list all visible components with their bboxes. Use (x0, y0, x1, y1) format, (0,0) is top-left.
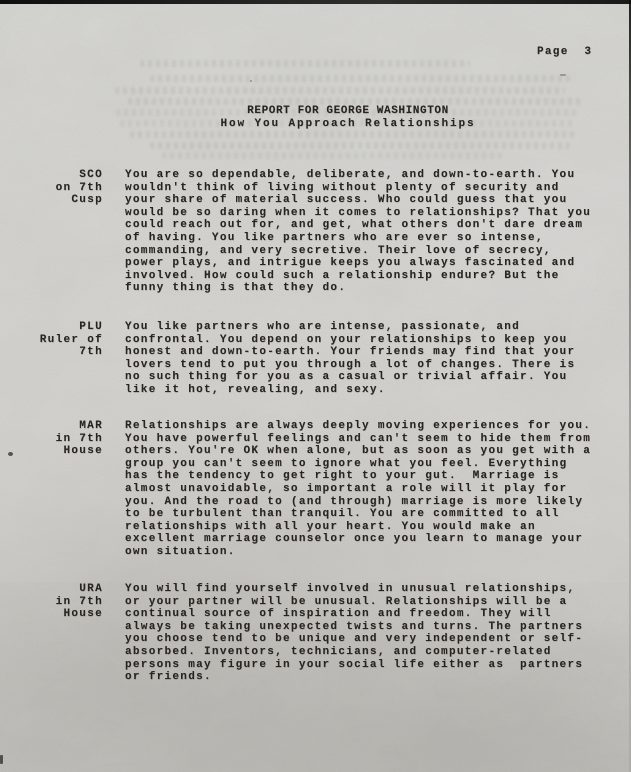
section-label: URA in 7th House (15, 583, 103, 621)
scan-edge-top (0, 0, 631, 4)
dust-speck (250, 80, 252, 82)
dust-speck (8, 452, 13, 456)
section-label: PLU Ruler of 7th (15, 321, 103, 359)
section-text: You will find yourself involved in unusu… (125, 583, 611, 684)
section-text: You are so dependable, deliberate, and d… (125, 169, 611, 295)
dust-speck (0, 755, 3, 764)
section-text: You like partners who are intense, passi… (125, 321, 611, 397)
report-header: REPORT FOR GEORGE WASHINGTON How You App… (108, 105, 588, 131)
section-text: Relationships are always deeply moving e… (125, 420, 611, 559)
report-subtitle: How You Approach Relationships (108, 118, 588, 131)
page-number: Page 3 (537, 46, 592, 58)
report-title: REPORT FOR GEORGE WASHINGTON (108, 105, 588, 118)
section-label: MAR in 7th House (15, 420, 103, 458)
section-label: SCO on 7th Cusp (15, 169, 103, 207)
dust-speck (560, 74, 566, 76)
scanned-report-page: Page 3 REPORT FOR GEORGE WASHINGTON How … (0, 0, 631, 772)
